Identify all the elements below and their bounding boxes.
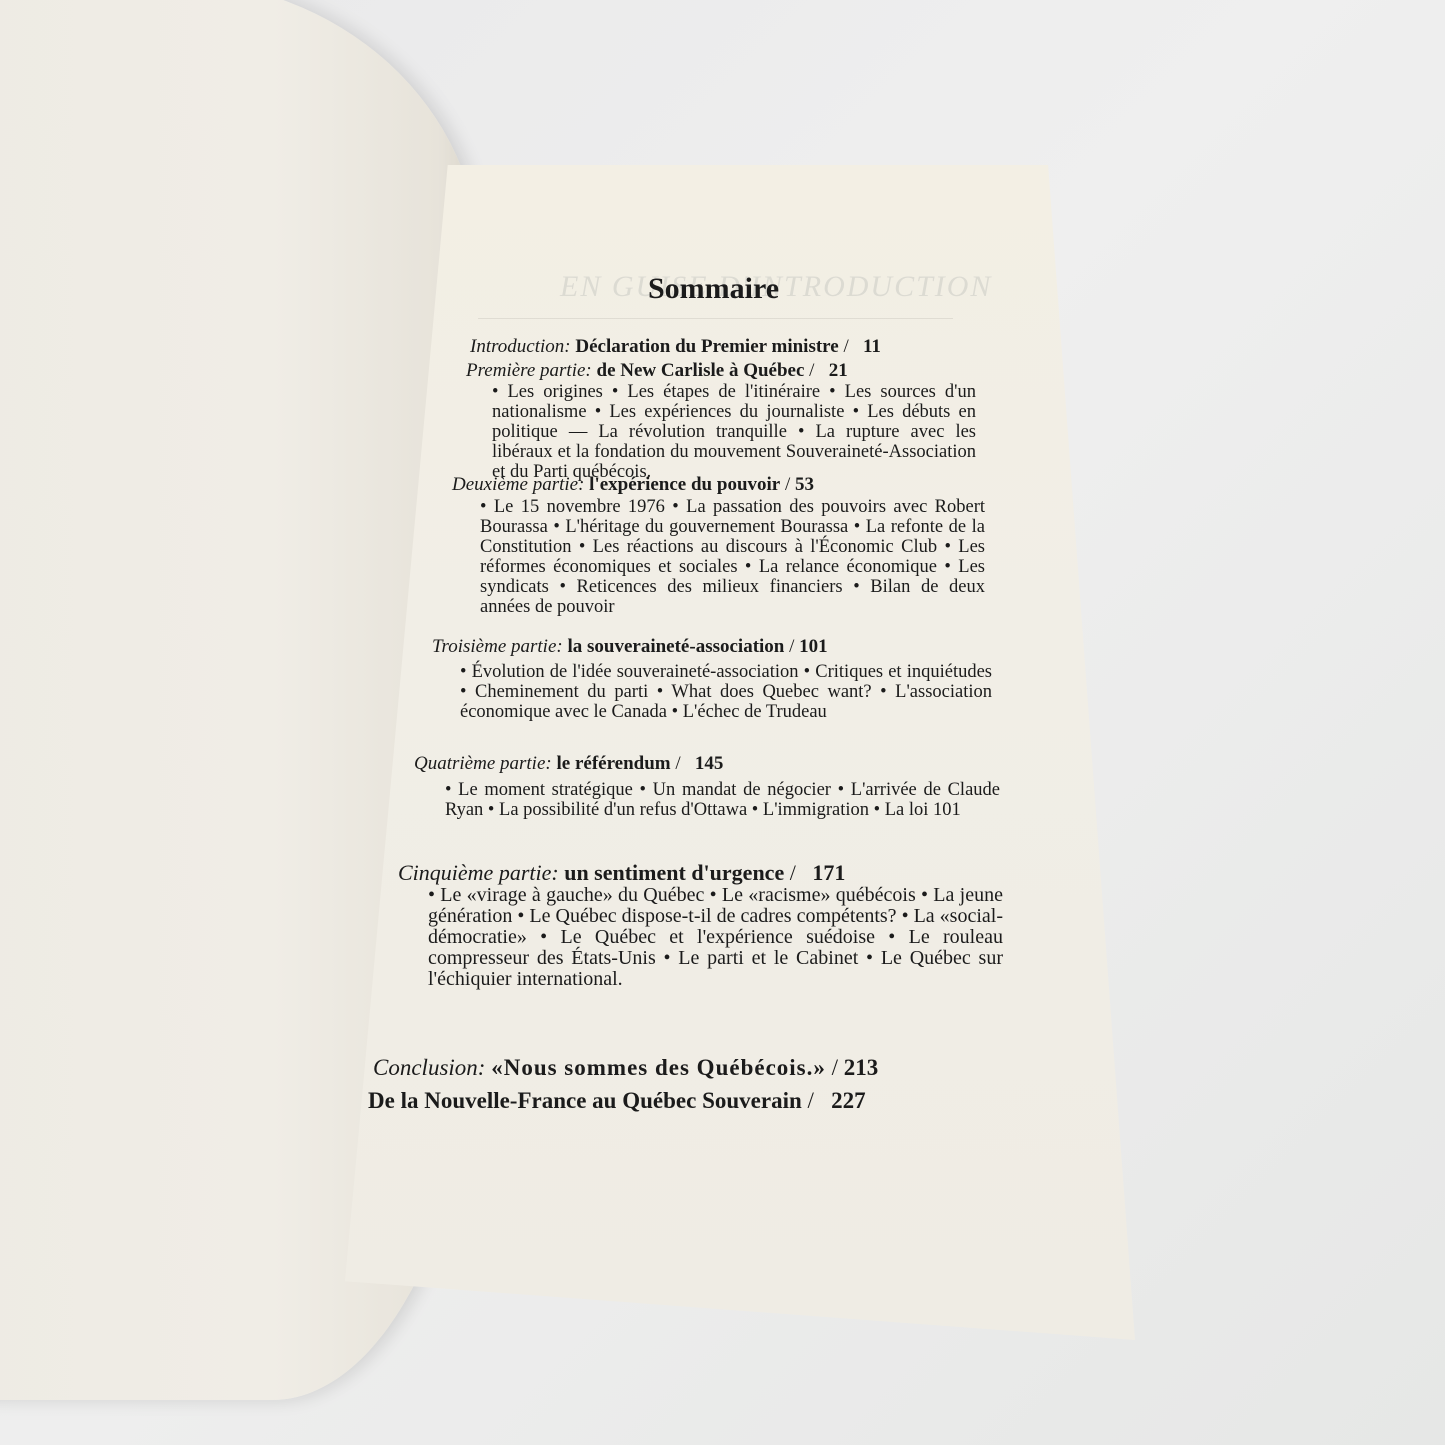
toc-entry-part-5: Cinquième partie: un sentiment d'urgence… [398, 860, 845, 886]
page-number: 101 [799, 636, 828, 657]
page-title: Sommaire [648, 272, 779, 306]
page-number: 21 [829, 360, 848, 381]
page-number: 11 [863, 336, 881, 357]
toc-description-part-3: • Évolution de l'idée souveraineté-assoc… [460, 662, 992, 722]
toc-description-part-2: • Le 15 novembre 1976 • La passation des… [480, 497, 985, 617]
divider [478, 318, 953, 319]
page-number: 227 [831, 1088, 866, 1113]
toc-description-part-4: • Le moment stratégique • Un mandat de n… [445, 780, 1000, 820]
table-of-contents: Sommaire Introduction: Déclaration du Pr… [0, 0, 1445, 1445]
toc-entry-part-4: Quatrième partie: le référendum / 145 [414, 753, 723, 775]
page-number: 145 [695, 753, 724, 774]
page-number: 213 [844, 1055, 879, 1080]
toc-entry-part-1: Première partie: de New Carlisle à Québe… [466, 360, 848, 382]
toc-description-part-1: • Les origines • Les étapes de l'itinéra… [492, 382, 976, 482]
page-number: 171 [812, 860, 845, 885]
toc-entry-part-3: Troisième partie: la souveraineté-associ… [432, 636, 828, 658]
toc-entry-appendix: De la Nouvelle-France au Québec Souverai… [368, 1088, 866, 1114]
toc-entry-part-2: Deuxième partie: l'expérience du pouvoir… [452, 474, 814, 496]
page-number: 53 [795, 474, 814, 495]
toc-description-part-5: • Le «virage à gauche» du Québec • Le «r… [428, 885, 1003, 990]
toc-entry-introduction: Introduction: Déclaration du Premier min… [470, 336, 881, 358]
toc-entry-conclusion: Conclusion: «Nous sommes des Québécois.»… [373, 1055, 878, 1081]
